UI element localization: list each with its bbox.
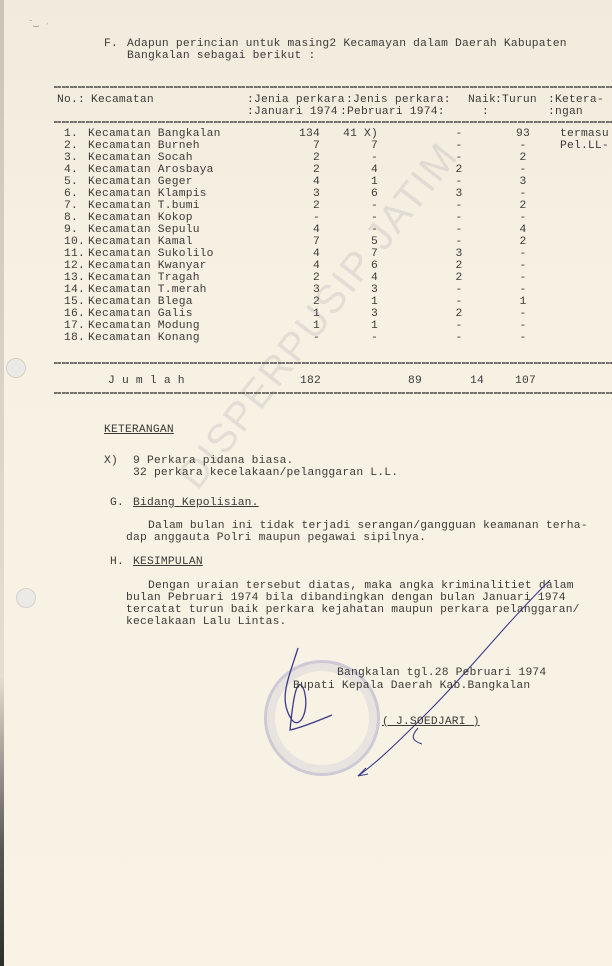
table-row: 1.Kecamatan Bangkalan13441 X)-93termasu: [0, 128, 612, 140]
total-label: J u m l a h: [108, 375, 185, 387]
cell-naik: -: [444, 284, 474, 296]
cell-ket: termasu: [560, 128, 609, 140]
signature-title: Bupati Kepala Daerah Kab.Bangkalan: [293, 680, 530, 692]
cell-jan: 4: [262, 260, 320, 272]
header-january-line2: :Januari 1974: [247, 106, 338, 118]
cell-turun: 93: [508, 128, 538, 140]
table-row: 18.Kecamatan Konang----: [0, 332, 612, 344]
header-february-line2: :Pebruari 1974:: [340, 106, 445, 118]
header-naik-line2: :: [482, 106, 489, 118]
cell-kecamatan: Kecamatan T.bumi: [88, 200, 200, 212]
table-row: 4.Kecamatan Arosbaya242-: [0, 164, 612, 176]
cell-jan: 2: [262, 164, 320, 176]
header-february-line1: :Jenis perkara:: [346, 94, 451, 106]
cell-jan: 2: [262, 296, 320, 308]
total-january: 182: [300, 375, 321, 387]
cell-turun: 2: [508, 200, 538, 212]
table-row: 5.Kecamatan Geger41-3: [0, 176, 612, 188]
table-row: 6.Kecamatan Klampis363-: [0, 188, 612, 200]
cell-kecamatan: Kecamatan Burneh: [88, 140, 200, 152]
cell-naik: -: [444, 332, 474, 344]
cell-kecamatan: Kecamatan Blega: [88, 296, 193, 308]
cell-naik: 2: [444, 260, 474, 272]
cell-turun: 4: [508, 224, 538, 236]
cell-no: 11.: [64, 248, 84, 260]
cell-no: 10.: [64, 236, 84, 248]
cell-turun: -: [508, 140, 538, 152]
header-keterangan-line2: :ngan: [548, 106, 583, 118]
header-january-line1: :Jenia perkara: [247, 94, 345, 106]
cell-turun: -: [508, 188, 538, 200]
table-row: 3.Kecamatan Socah2--2: [0, 152, 612, 164]
cell-no: 4.: [64, 164, 84, 176]
keterangan-marker: X): [104, 455, 118, 467]
cell-feb: 3: [342, 308, 378, 320]
table-row: 16.Kecamatan Galis132-: [0, 308, 612, 320]
header-no: No.:: [57, 94, 85, 106]
cell-feb: -: [342, 212, 378, 224]
cell-naik: -: [444, 236, 474, 248]
cell-turun: -: [508, 284, 538, 296]
cell-kecamatan: Kecamatan T.merah: [88, 284, 207, 296]
cell-jan: 7: [262, 140, 320, 152]
cell-feb: 1: [342, 320, 378, 332]
cell-feb: -: [342, 224, 378, 236]
cell-kecamatan: Kecamatan Galis: [88, 308, 193, 320]
cell-turun: 3: [508, 176, 538, 188]
table-row: 7.Kecamatan T.bumi2--2: [0, 200, 612, 212]
cell-jan: 134: [262, 128, 320, 140]
cell-no: 8.: [64, 212, 84, 224]
cell-jan: 2: [262, 200, 320, 212]
table-row: 14.Kecamatan T.merah33--: [0, 284, 612, 296]
section-h-heading: KESIMPULAN: [133, 556, 203, 568]
header-naik-line1: Naik: [468, 94, 496, 106]
cell-feb: -: [342, 200, 378, 212]
cell-no: 7.: [64, 200, 84, 212]
cell-no: 5.: [64, 176, 84, 188]
cell-no: 16.: [64, 308, 84, 320]
cell-jan: 7: [262, 236, 320, 248]
keterangan-line1: 9 Perkara pidana biasa.: [133, 455, 294, 467]
cell-kecamatan: Kecamatan Socah: [88, 152, 193, 164]
cell-jan: 4: [262, 248, 320, 260]
keterangan-line2: 32 perkara kecelakaan/pelanggaran L.L.: [133, 467, 398, 479]
cell-kecamatan: Kecamatan Konang: [88, 332, 200, 344]
cell-feb: 41 X): [342, 128, 378, 140]
cell-turun: -: [508, 272, 538, 284]
cell-feb: -: [342, 152, 378, 164]
cell-kecamatan: Kecamatan Geger: [88, 176, 193, 188]
cell-turun: -: [508, 164, 538, 176]
cell-feb: 3: [342, 284, 378, 296]
section-f-intro-line2: Bangkalan sebagai berikut :: [127, 50, 315, 62]
header-turun-line1: :Turun: [495, 94, 537, 106]
scan-speck: ⁻‿ ˒: [28, 18, 50, 28]
cell-kecamatan: Kecamatan Modung: [88, 320, 200, 332]
cell-naik: 3: [444, 188, 474, 200]
cell-feb: 7: [342, 140, 378, 152]
total-turun: 107: [515, 375, 536, 387]
cell-naik: -: [444, 320, 474, 332]
cell-no: 2.: [64, 140, 84, 152]
cell-jan: 2: [262, 152, 320, 164]
cell-no: 18.: [64, 332, 84, 344]
cell-naik: -: [444, 224, 474, 236]
total-naik: 14: [470, 375, 484, 387]
cell-feb: 7: [342, 248, 378, 260]
cell-turun: -: [508, 332, 538, 344]
cell-turun: 2: [508, 152, 538, 164]
table-total-row: J u m l a h 182 89 14 107: [0, 375, 612, 387]
cell-kecamatan: Kecamatan Kwanyar: [88, 260, 207, 272]
cell-kecamatan: Kecamatan Kokop: [88, 212, 193, 224]
table-row: 17.Kecamatan Modung11--: [0, 320, 612, 332]
section-h-line4: kecelakaan Lalu Lintas.: [126, 616, 287, 628]
table-row: 13.Kecamatan Tragah242-: [0, 272, 612, 284]
table-row: 10.Kecamatan Kamal75-2: [0, 236, 612, 248]
cell-turun: -: [508, 248, 538, 260]
cell-jan: 2: [262, 272, 320, 284]
table-total-top-rule: [54, 362, 612, 364]
section-g-heading: Bidang Kepolisian.: [133, 497, 259, 509]
cell-no: 13.: [64, 272, 84, 284]
cell-naik: -: [444, 152, 474, 164]
signature-place-date: Bangkalan tgl.28 Pebruari 1974: [337, 667, 546, 679]
cell-naik: -: [444, 200, 474, 212]
cell-naik: 2: [444, 308, 474, 320]
signature-name: ( J.SOEDJARI ): [382, 716, 480, 728]
cell-naik: 2: [444, 164, 474, 176]
section-h-marker: H.: [110, 556, 124, 568]
cell-jan: -: [262, 212, 320, 224]
cell-feb: 1: [342, 176, 378, 188]
punch-hole-bottom: [16, 588, 36, 608]
cell-naik: -: [444, 128, 474, 140]
table-row: 9.Kecamatan Sepulu4--4: [0, 224, 612, 236]
cell-jan: 4: [262, 176, 320, 188]
cell-naik: 3: [444, 248, 474, 260]
document-page: ⁻‿ ˒ DISPERPUSIP JATIM F. Adapun perinci…: [0, 0, 612, 966]
table-row: 11.Kecamatan Sukolilo473-: [0, 248, 612, 260]
cell-turun: -: [508, 308, 538, 320]
section-f-intro-line1: Adapun perincian untuk masing2 Kecamayan…: [127, 38, 567, 50]
cell-feb: -: [342, 332, 378, 344]
cell-turun: -: [508, 260, 538, 272]
cell-feb: 4: [342, 164, 378, 176]
cell-kecamatan: Kecamatan Kamal: [88, 236, 193, 248]
cell-feb: 5: [342, 236, 378, 248]
cell-naik: -: [444, 296, 474, 308]
cell-naik: 2: [444, 272, 474, 284]
cell-feb: 1: [342, 296, 378, 308]
section-g-marker: G.: [110, 497, 124, 509]
cell-no: 6.: [64, 188, 84, 200]
cell-feb: 6: [342, 260, 378, 272]
cell-jan: 3: [262, 188, 320, 200]
cell-no: 12.: [64, 260, 84, 272]
cell-jan: 1: [262, 320, 320, 332]
cell-turun: 1: [508, 296, 538, 308]
cell-naik: -: [444, 176, 474, 188]
total-february: 89: [408, 375, 422, 387]
cell-ket: Pel.LL-: [560, 140, 609, 152]
cell-no: 15.: [64, 296, 84, 308]
cell-turun: -: [508, 320, 538, 332]
cell-jan: 4: [262, 224, 320, 236]
cell-feb: 4: [342, 272, 378, 284]
cell-naik: -: [444, 212, 474, 224]
cell-no: 17.: [64, 320, 84, 332]
cell-turun: -: [508, 212, 538, 224]
table-row: 8.Kecamatan Kokop----: [0, 212, 612, 224]
cell-kecamatan: Kecamatan Sepulu: [88, 224, 200, 236]
table-top-rule: [54, 86, 612, 88]
header-keterangan-line1: :Ketera-: [548, 94, 604, 106]
section-f-marker: F.: [104, 38, 118, 50]
cell-turun: 2: [508, 236, 538, 248]
cell-jan: -: [262, 332, 320, 344]
cell-kecamatan: Kecamatan Bangkalan: [88, 128, 221, 140]
cell-no: 14.: [64, 284, 84, 296]
cell-kecamatan: Kecamatan Tragah: [88, 272, 200, 284]
section-g-line1: Dalam bulan ini tidak terjadi serangan/g…: [148, 520, 588, 532]
cell-kecamatan: Kecamatan Sukolilo: [88, 248, 214, 260]
cell-kecamatan: Kecamatan Klampis: [88, 188, 207, 200]
cell-naik: -: [444, 140, 474, 152]
table-bottom-rule: [54, 392, 612, 394]
cell-no: 9.: [64, 224, 84, 236]
section-g-line2: dap anggauta Polri maupun pegawai sipiln…: [126, 532, 426, 544]
header-kecamatan: Kecamatan: [91, 94, 154, 106]
table-row: 12.Kecamatan Kwanyar462-: [0, 260, 612, 272]
cell-no: 3.: [64, 152, 84, 164]
cell-jan: 3: [262, 284, 320, 296]
keterangan-heading: KETERANGAN: [104, 424, 174, 436]
cell-feb: 6: [342, 188, 378, 200]
cell-no: 1.: [64, 128, 84, 140]
cell-kecamatan: Kecamatan Arosbaya: [88, 164, 214, 176]
table-header-rule: [54, 121, 612, 123]
cell-jan: 1: [262, 308, 320, 320]
table-row: 2.Kecamatan Burneh77--Pel.LL-: [0, 140, 612, 152]
table-row: 15.Kecamatan Blega21-1: [0, 296, 612, 308]
